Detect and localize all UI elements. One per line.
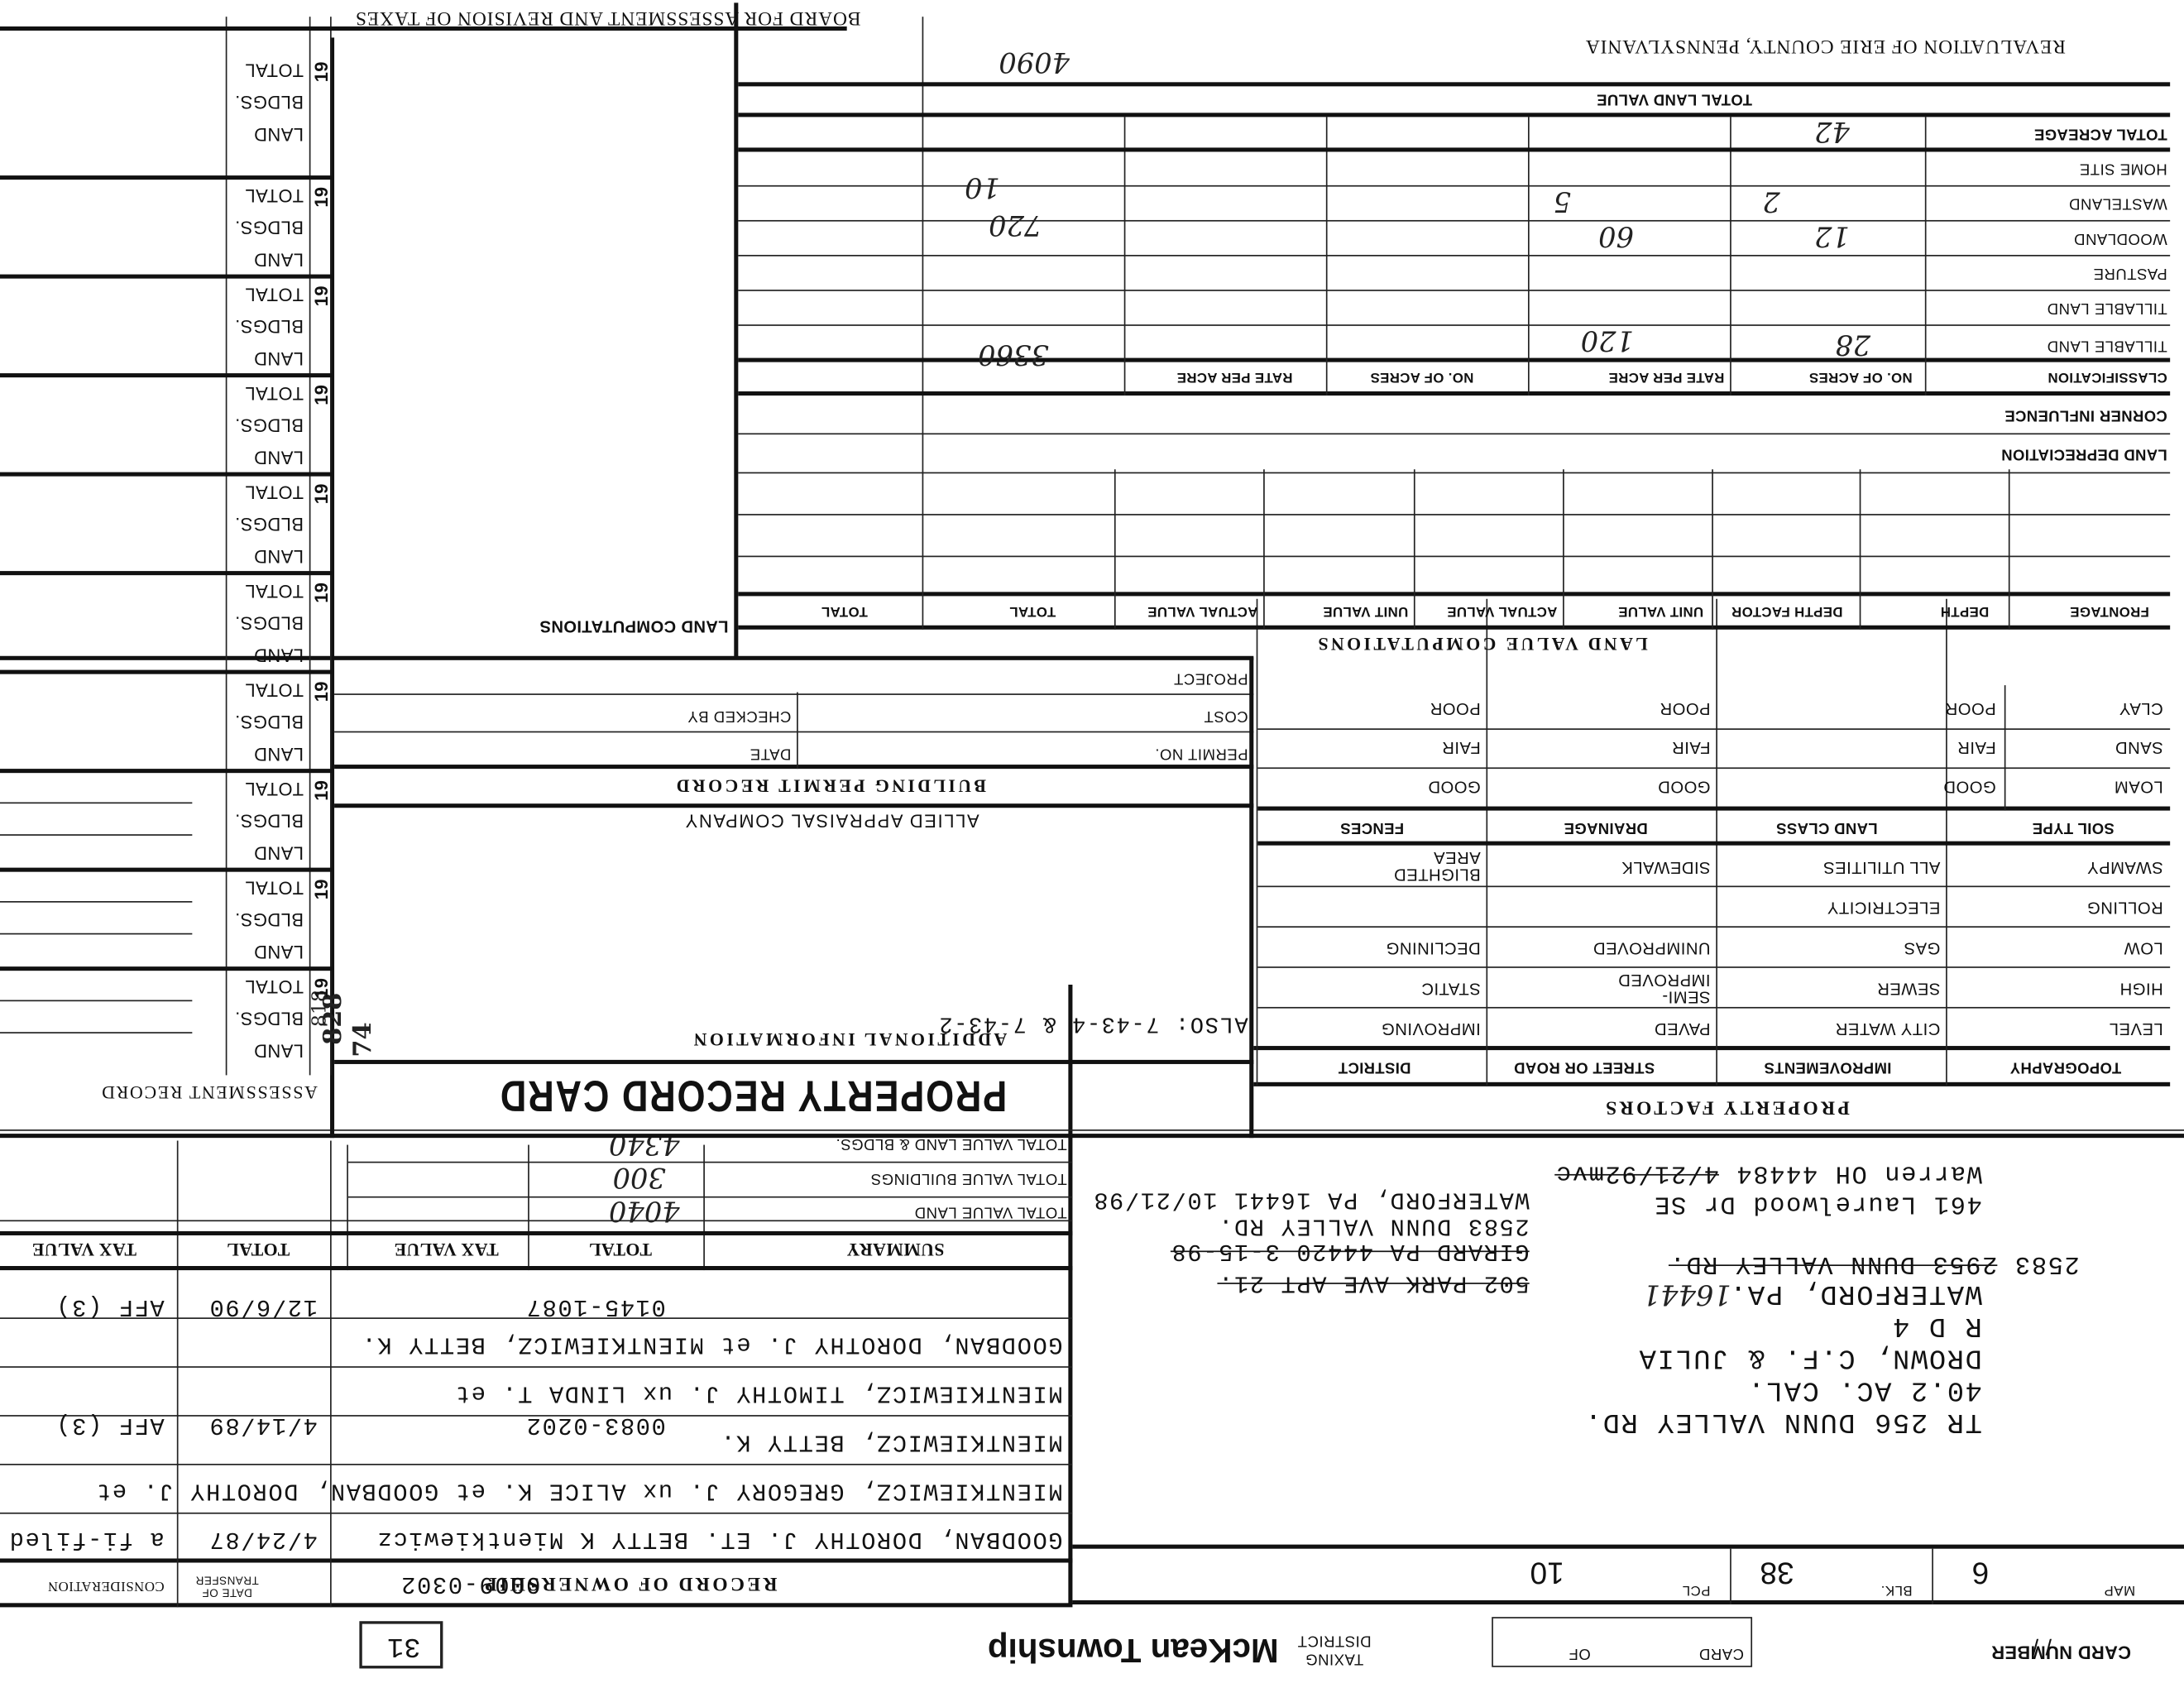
factor-static: STATIC [1421, 979, 1481, 999]
divider [0, 571, 332, 575]
tillable-value: 3360 [978, 338, 1049, 372]
grade-poor: POOR [1945, 699, 1996, 719]
actual-value-header-2: ACTUAL VALUE [1147, 603, 1257, 619]
row-bldgs: BLDGS. [235, 613, 304, 634]
owner-row-3-date: 4/14/89 [208, 1411, 318, 1437]
factor-all-utilities: ALL UTILITIES [1823, 858, 1941, 878]
divider [738, 147, 2170, 151]
row-line [0, 901, 192, 903]
address-line: DROWN, C.F. & JULIA [1638, 1341, 1982, 1374]
building-permit-title: BUILDING PERMIT RECORD [673, 774, 986, 797]
pcl-value: 10 [1530, 1554, 1564, 1590]
wasteland-rate: 5 [1554, 185, 1571, 218]
divider [1253, 1082, 2170, 1086]
project-label: PROJECT [1174, 670, 1248, 687]
map-label: MAP [2104, 1582, 2135, 1598]
total-acreage-value: 42 [1814, 116, 1850, 149]
property-factors-title: PROPERTY FACTORS [1603, 1095, 1850, 1117]
depth-factor-header: DEPTH FACTOR [1731, 603, 1843, 619]
owner-row-3-consideration: AFF (3) [55, 1411, 165, 1437]
divider [738, 626, 2170, 630]
divider [334, 803, 1253, 808]
assessment-total-header: TOTAL [227, 1238, 290, 1260]
box-number: 31 [359, 1621, 443, 1668]
total-header: TOTAL [1009, 603, 1056, 619]
row-line [1257, 926, 2170, 928]
address-line: 40.2 AC. CAL. [1746, 1374, 1982, 1406]
divider [738, 82, 2170, 86]
row-land: LAND [254, 447, 304, 468]
total-header-2: TOTAL [821, 603, 868, 619]
class-home-site: HOME SITE [2079, 161, 2167, 177]
row-land: LAND [254, 645, 304, 665]
owner-row-1-date: 4/24/87 [208, 1525, 318, 1551]
checked-by-label: CHECKED BY [687, 707, 791, 724]
row-bldgs: BLDGS. [235, 415, 304, 436]
row-line [738, 255, 2170, 257]
factor-declining: DECLINING [1386, 938, 1481, 958]
divider [1932, 1549, 1933, 1604]
grade-poor: POOR [1430, 699, 1481, 719]
row-line [1257, 1007, 2170, 1009]
row-line [0, 1000, 192, 1002]
box-number-value: 31 [387, 1629, 420, 1662]
board-title: BOARD FOR ASSESSMENT AND REVISION OF TAX… [355, 6, 861, 28]
summary-row-label: TOTAL VALUE BUILDINGS [870, 1170, 1066, 1187]
row-total: TOTAL [245, 60, 304, 80]
land-class-header: LAND CLASS [1776, 819, 1878, 836]
prev-address: 2583 DUNN VALLEY RD. [1217, 1211, 1529, 1238]
divider [0, 1134, 2184, 1138]
divider [738, 358, 2170, 362]
factor-rolling: ROLLING [2086, 899, 2162, 918]
row-line [738, 220, 2170, 222]
rate-header-2: RATE PER ACRE [1176, 369, 1292, 385]
divider [348, 1162, 1073, 1163]
classification-header: CLASSIFICATION [2047, 369, 2167, 385]
divider [0, 1558, 1072, 1562]
soil-loam: LOAM [2114, 777, 2162, 797]
row-total: TOTAL [245, 976, 304, 997]
address-line-street: 2583 2953 DUNN VALLEY RD. [1669, 1249, 2080, 1278]
year-prefix: 19 [311, 879, 332, 899]
row-line [1257, 728, 2170, 730]
summary-header: SUMMARY [846, 1238, 944, 1260]
row-bldgs: BLDGS. [235, 712, 304, 732]
divider [1114, 469, 1116, 630]
blk-label: BLK. [1880, 1582, 1913, 1598]
row-line [738, 185, 2170, 187]
divider [0, 1129, 2184, 1131]
divider [1249, 657, 1253, 1138]
row-line [738, 290, 2170, 291]
divider [0, 1231, 1072, 1235]
factor-improving: IMPROVING [1382, 1019, 1481, 1039]
grade-poor: POOR [1660, 699, 1711, 719]
corner-influence-label: CORNER INFLUENCE [2004, 406, 2167, 423]
owner-row-2: MIENTKIEWICZ, GREGORY J. ux ALICE K. et … [95, 1476, 1062, 1503]
divider [0, 868, 332, 872]
year-prefix: 19 [311, 385, 332, 405]
divider [177, 1141, 179, 1608]
mailing-line: 461 Laurelwood Dr SE [1653, 1189, 1981, 1217]
summary-row-label: TOTAL VALUE LAND [914, 1203, 1066, 1220]
assessment-note: 74 [348, 1022, 377, 1057]
unit-value-header: UNIT VALUE [1618, 603, 1703, 619]
factor-paved: PAVED [1655, 1019, 1711, 1039]
permit-no-label: PERMIT NO. [1155, 745, 1248, 761]
owner-row-6-date: 12/6/90 [208, 1292, 318, 1319]
of-label: OF [1569, 1645, 1591, 1662]
soil-clay: CLAY [2119, 699, 2162, 719]
assessment-tax-header: TAX VALUE [31, 1238, 136, 1260]
divider [1263, 469, 1265, 630]
owner-row-1: GOODBAN, DOROTHY J. ET. BETTY K Mientkie… [376, 1525, 1063, 1551]
row-line [334, 731, 1253, 733]
county-title: REVALUATION OF ERIE COUNTY, PENNSYLVANIA [1585, 33, 2066, 55]
prev-address: WATERFORD, PA 16441 10/21/98 [1093, 1185, 1530, 1211]
street-header: STREET OR ROAD [1514, 1058, 1655, 1075]
row-land: LAND [254, 546, 304, 567]
total-land-value-label: TOTAL LAND VALUE [1597, 90, 1752, 107]
tillable-acres: 28 [1835, 328, 1870, 362]
row-bldgs: BLDGS. [235, 316, 304, 337]
year-prefix: 19 [311, 681, 332, 702]
divider [330, 1141, 332, 1608]
divider [1730, 1549, 1731, 1604]
row-line [0, 1220, 1072, 1221]
address-line: R D 4 [1891, 1309, 1981, 1341]
grade-fair: FAIR [1957, 738, 1996, 758]
row-line [738, 433, 2170, 434]
struck-street: 2953 DUNN VALLEY RD. [1669, 1249, 1997, 1278]
summary-row-total: 4040 [609, 1195, 680, 1228]
soil-type-header: SOIL TYPE [2032, 819, 2114, 836]
card-label: CARD [1698, 1645, 1744, 1662]
divider [0, 769, 332, 773]
unit-value-header-2: UNIT VALUE [1323, 603, 1408, 619]
row-line [0, 933, 192, 935]
factor-sidewalk: SIDEWALK [1621, 858, 1711, 878]
owner-row-4: MIENTKIEWICZ, TIMOTHY J. ux LINDA T. et [454, 1379, 1063, 1405]
divider [1414, 469, 1415, 630]
also-parcels: ALSO: 7-43-4 & 7-43-2 [938, 1011, 1248, 1036]
class-woodland: WOODLAND [2074, 230, 2167, 247]
grade-good: GOOD [1428, 777, 1481, 797]
divider [1072, 1600, 2184, 1604]
row-line [1257, 966, 2170, 968]
class-wasteland: WASTELAND [2069, 195, 2167, 212]
row-land: LAND [254, 942, 304, 962]
blk-value: 38 [1760, 1554, 1794, 1590]
grade-good: GOOD [1943, 777, 1996, 797]
row-total: TOTAL [245, 581, 304, 602]
ownership-title-number: 0009-0302 [400, 1570, 541, 1596]
row-total: TOTAL [245, 779, 304, 799]
class-tillable-2: TILLABLE LAND [2047, 300, 2167, 316]
year-prefix: 19 [311, 285, 332, 306]
divider [2009, 469, 2010, 630]
card-of-box: CARD OF [1492, 1617, 1752, 1667]
land-depreciation-label: LAND DEPRECIATION [2001, 446, 2167, 463]
date-of-transfer-header: DATE OF TRANSFER [185, 1574, 269, 1599]
divider [0, 670, 332, 674]
owner-row-3-deed: 0083-0202 [525, 1411, 666, 1437]
factor-blighted-area: BLIGHTED AREA [1383, 850, 1481, 883]
mailing-line: Warren OH 44484 4/21/92mvc [1554, 1158, 1982, 1187]
total-acreage-label: TOTAL ACREAGE [2034, 125, 2167, 141]
factor-level: LEVEL [2109, 1019, 2162, 1039]
row-bldgs: BLDGS. [235, 514, 304, 535]
row-bldgs: BLDGS. [235, 92, 304, 113]
grade-fair: FAIR [1672, 738, 1711, 758]
consideration-header: CONSIDERATION [47, 1578, 164, 1594]
divider [1072, 1545, 2184, 1549]
row-line [0, 834, 192, 836]
divider [0, 175, 332, 180]
scan-stage: CARD NUMBER / / CARD OF TAXING DISTRICT … [0, 0, 2184, 1688]
struck-date: 4/21/92mvc [1554, 1158, 1719, 1187]
factor-high: HIGH [2119, 979, 2163, 999]
row-line [0, 1366, 1072, 1368]
improvements-header: IMPROVEMENTS [1764, 1058, 1891, 1075]
row-line [0, 1464, 1072, 1465]
assessment-record-title: ASSESSMENT RECORD [101, 1081, 318, 1103]
row-total: TOTAL [245, 482, 304, 502]
wasteland-value: 10 [965, 171, 1000, 204]
map-value: 6 [1972, 1554, 1990, 1590]
woodland-value: 720 [989, 209, 1042, 242]
divider [1068, 985, 1072, 1604]
pcl-label: PCL [1682, 1582, 1710, 1598]
factor-electricity: ELECTRICITY [1827, 899, 1940, 918]
divider [0, 1266, 1072, 1270]
divider [0, 1603, 1072, 1607]
year-prefix: 19 [311, 483, 332, 504]
acres-header: NO. OF ACRES [1809, 369, 1913, 385]
card-title: PROPERTY RECORD CARD [499, 1070, 1007, 1122]
class-tillable-1: TILLABLE LAND [2047, 337, 2167, 353]
factor-unimproved: UNIMPROVED [1593, 938, 1711, 958]
factor-low: LOW [2124, 938, 2163, 958]
grade-fair: FAIR [1442, 738, 1481, 758]
soil-sand: SAND [2115, 738, 2163, 758]
cost-label: COST [1204, 707, 1248, 724]
prev-address: 502 PARK AVE APT 21. [1217, 1268, 1529, 1295]
row-bldgs: BLDGS. [235, 811, 304, 832]
topography-header: TOPOGRAPHY [2009, 1058, 2121, 1075]
date-label: DATE [750, 745, 791, 761]
fences-header: FENCES [1340, 819, 1404, 836]
township-name: McKean Township [988, 1629, 1279, 1668]
divider [1860, 469, 1861, 630]
address-line: WATERFORD, PA. [1728, 1277, 1981, 1309]
drainage-header: DRAINAGE [1564, 819, 1647, 836]
row-land: LAND [254, 124, 304, 145]
land-computations-title: LAND COMPUTATIONS [539, 617, 728, 637]
divider [2004, 685, 2006, 810]
divider [0, 373, 332, 377]
factor-sewer: SEWER [1877, 979, 1941, 999]
divider [1257, 842, 2170, 846]
woodland-rate: 60 [1598, 220, 1634, 253]
divider [1563, 469, 1564, 630]
owner-row-1-consideration: a fi-filed [8, 1525, 165, 1551]
row-bldgs: BLDGS. [235, 909, 304, 930]
row-land: LAND [254, 1040, 304, 1061]
wasteland-acres: 2 [1762, 185, 1779, 218]
grade-good: GOOD [1658, 777, 1711, 797]
divider [738, 391, 2170, 396]
owner-row-3: MIENTKIEWICZ, BETTY K. [720, 1427, 1063, 1454]
row-line [0, 1513, 1072, 1514]
taxing-district-label: TAXING DISTRICT [1279, 1631, 1391, 1667]
woodland-acres: 12 [1814, 220, 1850, 253]
row-line [738, 556, 2170, 558]
card-number-value: / / [2032, 1633, 2052, 1657]
divider [0, 275, 332, 279]
year-prefix: 19 [311, 780, 332, 801]
row-bldgs: BLDGS. [235, 218, 304, 238]
divider [0, 472, 332, 477]
row-line [334, 693, 1253, 695]
divider [528, 1145, 529, 1270]
summary-row-total: 300 [612, 1162, 665, 1195]
card-number-label: CARD NUMBER [1991, 1642, 2131, 1662]
total-land-value: 4090 [999, 46, 1070, 79]
rate-header: RATE PER ACRE [1608, 369, 1724, 385]
class-pasture: PASTURE [2093, 265, 2167, 281]
divider [0, 966, 332, 971]
row-line [738, 514, 2170, 516]
row-line [1257, 885, 2170, 887]
divider [1257, 807, 2170, 811]
year-prefix: 19 [311, 978, 332, 999]
divider [334, 1060, 1253, 1064]
owner-row-6-deed: 0145-1087 [525, 1292, 666, 1319]
district-header: DISTRICT [1338, 1058, 1410, 1075]
row-total: TOTAL [245, 679, 304, 700]
row-total: TOTAL [245, 185, 304, 206]
depth-header: DEPTH [1941, 603, 1990, 619]
divider [738, 113, 2170, 117]
row-land: LAND [254, 744, 304, 765]
frontage-header: FRONTAGE [2070, 603, 2149, 619]
prev-address: GIRARD PA 44420 3-15-98 [1171, 1237, 1530, 1264]
factor-swampy: SWAMPY [2087, 858, 2163, 878]
row-land: LAND [254, 249, 304, 270]
divider [734, 2, 738, 657]
appraiser-name: ALLIED APPRAISAL COMPANY [684, 811, 979, 832]
divider [1712, 469, 1713, 630]
year-prefix: 19 [311, 61, 332, 82]
row-line [1257, 767, 2170, 769]
divider [0, 656, 1253, 660]
row-line [738, 324, 2170, 326]
summary-total-header: TOTAL [589, 1238, 652, 1260]
factor-city-water: CITY WATER [1835, 1019, 1940, 1039]
row-total: TOTAL [245, 284, 304, 305]
summary-tax-header: TAX VALUE [394, 1238, 499, 1260]
factor-semi-improved: SEMI-IMPROVED [1613, 972, 1711, 1005]
row-total: TOTAL [245, 383, 304, 404]
divider [738, 592, 2170, 596]
tillable-rate: 120 [1581, 324, 1634, 357]
year-prefix: 19 [311, 583, 332, 603]
divider [703, 1145, 705, 1270]
divider [1253, 1046, 2170, 1050]
zip-handwritten: 16441 [1643, 1278, 1731, 1312]
actual-value-header: ACTUAL VALUE [1447, 603, 1557, 619]
row-total: TOTAL [245, 877, 304, 898]
divider [347, 1145, 348, 1270]
row-land: LAND [254, 842, 304, 863]
divider [334, 765, 1253, 769]
row-land: LAND [254, 348, 304, 369]
owner-row-6-consideration: AFF (3) [55, 1292, 165, 1319]
divider [348, 1196, 1073, 1198]
row-line [0, 1032, 192, 1033]
address-line: TR 256 DUNN VALLEY RD. [1583, 1405, 1982, 1437]
row-line [738, 472, 2170, 474]
divider [922, 17, 924, 630]
factor-gas: GAS [1904, 938, 1940, 958]
year-prefix: 19 [311, 187, 332, 208]
land-value-title: LAND VALUE COMPUTATIONS [1315, 632, 1648, 655]
owner-row-5: GOODBAN, DOROTHY J. et MIENTKIEWICZ, BET… [361, 1330, 1063, 1356]
row-line [0, 803, 192, 804]
row-bldgs: BLDGS. [235, 1009, 304, 1029]
acres-header-2: NO. OF ACRES [1370, 369, 1473, 385]
property-record-card: CARD NUMBER / / CARD OF TAXING DISTRICT … [0, 0, 2184, 1688]
